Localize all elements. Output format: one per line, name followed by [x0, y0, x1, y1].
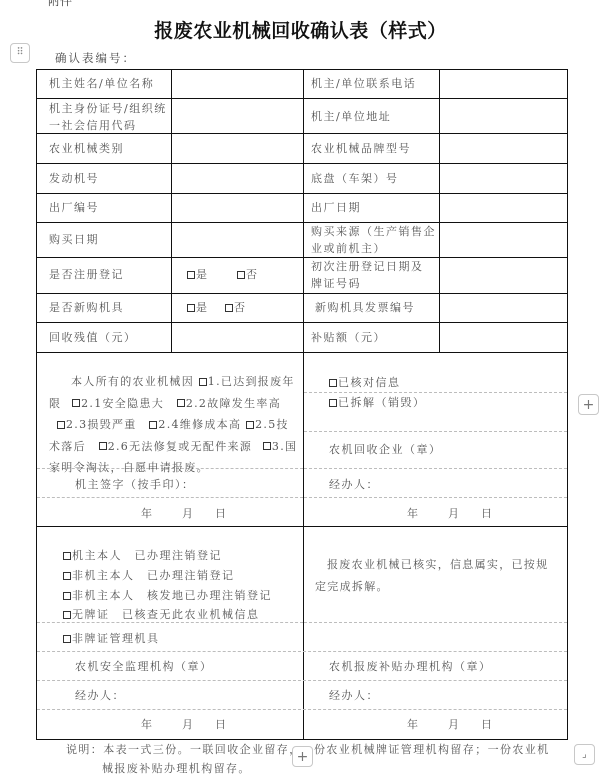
check-label: 已核对信息 [338, 376, 401, 389]
no-license-option[interactable]: 无牌证 已核查无此农业机械信息 [63, 606, 260, 623]
subsidy-statement: 报废农业机械已核实，信息属实，已按规定完成拆解。 [315, 554, 555, 597]
purchase-source-field[interactable] [445, 231, 563, 249]
label-factory-number: 出厂编号 [49, 199, 99, 216]
label-owner-name: 机主姓名/单位名称 [49, 75, 154, 92]
invoice-number-field[interactable] [445, 299, 563, 317]
checkbox[interactable] [72, 399, 80, 407]
row-divider [37, 98, 567, 99]
label-first-registration: 初次注册登记日期及牌证号码 [311, 258, 431, 292]
subsidy-handler-label: 经办人： [329, 687, 379, 704]
label-owner-address: 机主/单位地址 [311, 108, 391, 125]
reason-option[interactable]: 2.2故障发生率高 [177, 397, 281, 410]
dashed-divider [37, 497, 303, 498]
col-divider [439, 70, 440, 352]
deregistered-non-owner-option[interactable]: 非机主本人 已办理注销登记 [63, 567, 235, 584]
new-purchase-no-option[interactable]: 否 [225, 299, 247, 316]
purchase-date-field[interactable] [177, 231, 297, 249]
year-label: 年 [407, 505, 418, 521]
reason-option[interactable]: 2.3损毁严重 [57, 418, 137, 431]
owner-phone-field[interactable] [445, 75, 563, 93]
add-row-button[interactable]: + [292, 746, 313, 767]
label-invoice-number: 新购机具发票编号 [315, 299, 415, 316]
checkbox[interactable] [329, 379, 337, 387]
label-purchase-date: 购买日期 [49, 231, 99, 248]
checkbox[interactable] [187, 271, 195, 279]
col-divider [171, 70, 172, 352]
dismantled-option[interactable]: 已拆解（销毁） [329, 394, 426, 411]
checkbox[interactable] [329, 399, 337, 407]
label-factory-date: 出厂日期 [311, 199, 361, 216]
year-label: 年 [141, 505, 152, 521]
checkbox[interactable] [99, 442, 107, 450]
month-label: 月 [448, 505, 459, 521]
page-title: 报废农业机械回收确认表（样式） [0, 16, 601, 43]
confirmation-table: 机主姓名/单位名称 机主/单位联系电话 机主身份证号/组织统一社会信用代码 机主… [36, 69, 568, 740]
reason-label: 2.1安全隐患大 [81, 397, 164, 410]
safety-handler-label: 经办人： [75, 687, 125, 704]
engine-number-field[interactable] [177, 170, 297, 188]
dashed-divider [304, 431, 567, 432]
dashed-divider [304, 468, 567, 469]
row-divider [37, 352, 567, 353]
checkbox[interactable] [149, 421, 157, 429]
residual-value-field[interactable] [177, 329, 297, 347]
dashed-divider [304, 622, 567, 623]
check-label: 无牌证 已核查无此农业机械信息 [72, 608, 260, 621]
chassis-number-field[interactable] [445, 170, 563, 188]
checkbox[interactable] [63, 552, 71, 560]
recycler-date: 年月日 [407, 505, 492, 521]
checkbox[interactable] [187, 304, 195, 312]
label-chassis-number: 底盘（车架）号 [311, 170, 399, 187]
safety-stamp-label: 农机安全监理机构（章） [75, 658, 213, 675]
label-purchase-source: 购买来源（生产销售企业或前机主） [311, 223, 441, 257]
dashed-divider [37, 680, 567, 681]
check-label: 机主本人 已办理注销登记 [72, 549, 222, 562]
checkbox[interactable] [246, 421, 254, 429]
verified-info-option[interactable]: 已核对信息 [329, 374, 401, 391]
statement-text: 报废农业机械已核实，信息属实，已按规定完成拆解。 [315, 558, 548, 593]
checkbox[interactable] [199, 378, 207, 386]
subsidy-amount-field[interactable] [445, 329, 563, 347]
label-residual-value: 回收残值（元） [49, 329, 137, 346]
checkbox[interactable] [263, 442, 271, 450]
option-label: 否 [234, 301, 247, 314]
first-registration-field[interactable] [445, 266, 563, 284]
option-label: 是 [196, 301, 209, 314]
check-label: 非牌证管理机具 [72, 632, 160, 645]
check-label: 已拆解（销毁） [338, 396, 426, 409]
plus-icon: + [583, 398, 595, 412]
machine-category-field[interactable] [177, 140, 297, 158]
row-divider [37, 293, 567, 294]
checkbox[interactable] [225, 304, 233, 312]
row-divider [37, 322, 567, 323]
row-divider [37, 222, 567, 223]
label-owner-phone: 机主/单位联系电话 [311, 75, 416, 92]
checkbox[interactable] [237, 271, 245, 279]
label-machine-category: 农业机械类别 [49, 140, 124, 157]
section-divider [37, 526, 567, 527]
deregistered-origin-option[interactable]: 非机主本人 核发地已办理注销登记 [63, 587, 272, 604]
attachment-label: 附件 [48, 0, 72, 9]
row-divider [37, 163, 567, 164]
non-license-machine-option[interactable]: 非牌证管理机具 [63, 630, 160, 647]
reason-label: 2.6无法修复或无配件来源 [108, 440, 252, 453]
day-label: 日 [481, 716, 492, 732]
table-drag-handle[interactable]: ⠿ [10, 43, 30, 63]
resize-table-button[interactable]: ⌟ [574, 744, 595, 765]
day-label: 日 [481, 505, 492, 521]
dashed-divider [37, 709, 567, 710]
brand-model-field[interactable] [445, 140, 563, 158]
option-label: 是 [196, 268, 209, 281]
checkbox[interactable] [63, 592, 71, 600]
check-label: 非机主本人 核发地已办理注销登记 [72, 589, 272, 602]
subsidy-date: 年月日 [407, 716, 492, 732]
col-divider [303, 70, 304, 739]
reason-option[interactable]: 2.1安全隐患大 [72, 397, 164, 410]
recycler-stamp-label: 农机回收企业（章） [329, 441, 442, 458]
checkbox[interactable] [63, 611, 71, 619]
safety-date: 年月日 [141, 716, 226, 732]
label-new-purchase: 是否新购机具 [49, 299, 124, 316]
year-label: 年 [141, 716, 152, 732]
new-purchase-yes-option[interactable]: 是 [187, 299, 209, 316]
reason-label: 2.2故障发生率高 [186, 397, 281, 410]
deregistered-owner-option[interactable]: 机主本人 已办理注销登记 [63, 547, 222, 564]
month-label: 月 [182, 505, 193, 521]
row-divider [37, 257, 567, 258]
month-label: 月 [448, 716, 459, 732]
year-label: 年 [407, 716, 418, 732]
grip-icon: ⠿ [16, 48, 23, 58]
month-label: 月 [182, 716, 193, 732]
dashed-divider [304, 497, 567, 498]
owner-date: 年月日 [141, 505, 226, 521]
checkbox[interactable] [63, 572, 71, 580]
check-label: 非机主本人 已办理注销登记 [72, 569, 235, 582]
label-subsidy-amount: 补贴额（元） [311, 329, 386, 346]
add-column-button[interactable]: + [578, 394, 599, 415]
owner-signature-label: 机主签字（按手印）： [75, 476, 195, 493]
reason-option[interactable]: 2.6无法修复或无配件来源 [99, 440, 252, 453]
checkbox[interactable] [63, 635, 71, 643]
factory-date-field[interactable] [445, 199, 563, 217]
plus-icon: + [297, 750, 309, 764]
dashed-divider [304, 392, 567, 393]
dashed-divider [37, 651, 567, 652]
owner-declaration: 本人所有的农业机械因 1.已达到报废年限 2.1安全隐患大 2.2故障发生率高 … [49, 371, 299, 479]
registered-yes-option[interactable]: 是 [187, 266, 209, 283]
subsidy-stamp-label: 农机报废补贴办理机构（章） [329, 658, 492, 675]
label-owner-id: 机主身份证号/组织统一社会信用代码 [49, 100, 167, 134]
reason-option[interactable]: 2.4维修成本高 [149, 418, 241, 431]
factory-number-field[interactable] [177, 199, 297, 217]
reason-label: 2.4维修成本高 [158, 418, 241, 431]
day-label: 日 [215, 716, 226, 732]
reason-label: 2.3损毁严重 [66, 418, 137, 431]
registered-no-option[interactable]: 否 [237, 266, 259, 283]
label-registered: 是否注册登记 [49, 266, 124, 283]
option-label: 否 [246, 268, 259, 281]
recycler-handler-label: 经办人： [329, 476, 379, 493]
label-brand-model: 农业机械品牌型号 [311, 140, 411, 157]
note-line: 械报废补贴办理机构留存。 [66, 759, 586, 778]
declaration-intro: 本人所有的农业机械因 [49, 375, 194, 388]
day-label: 日 [215, 505, 226, 521]
form-note: 说明：本表一式三份。一联回收企业留存，一份农业机械牌证管理机构留存；一份农业机 … [66, 740, 586, 778]
form-number-label: 确认表编号： [55, 50, 136, 66]
row-divider [37, 193, 567, 194]
checkbox[interactable] [177, 399, 185, 407]
resize-icon: ⌟ [582, 750, 587, 760]
owner-name-field[interactable] [177, 75, 297, 93]
owner-address-field[interactable] [445, 106, 563, 124]
label-engine-number: 发动机号 [49, 170, 99, 187]
checkbox[interactable] [57, 421, 65, 429]
owner-id-field[interactable] [177, 106, 297, 124]
